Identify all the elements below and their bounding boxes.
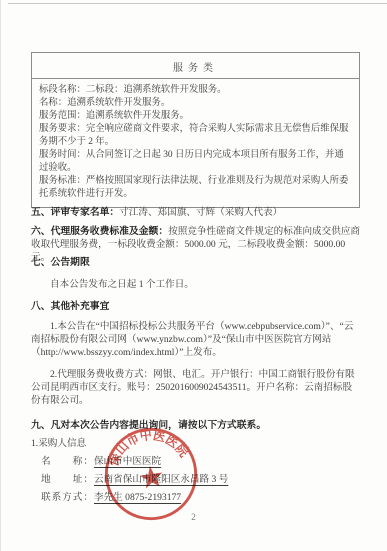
section-contact-heading: 九、凡对本次公告内容提出询问，请按以下方式联系。: [31, 419, 361, 432]
purchaser-info-subheading: 1.采购人信息: [31, 437, 361, 450]
scanned-announcement-page: 服务类 标段名称：二标段：追溯系统软件开发服务。 名称：追溯系统软件开发服务。 …: [0, 0, 387, 551]
table-row: 服务要求：完全响应磋商文件要求，符合采购人实际需求且无偿售后维保服务期不少于 2…: [39, 123, 352, 149]
scan-edge-line: [0, 0, 1, 551]
section-other-heading: 八、其他补充事宜: [31, 300, 361, 313]
table-row: 服务时间：从合同签订之日起 30 日历日内完成本项目所有服务工作，并通过验收。: [39, 149, 352, 175]
section-other-para2: 2.代理服务费收费方式：网银、电汇。开户银行：中国工商银行股份有限公司昆明西市区…: [31, 368, 361, 408]
section-agency-fee-label: 六、代理服务收费标准及金额：: [31, 226, 168, 237]
contact-address-label: 地 址：: [41, 474, 94, 485]
section-experts-content: 寸江涛、郑国旗、寸辉（采购人代表）: [119, 207, 282, 218]
table-row: 名称：追溯系统软件开发服务。: [39, 97, 352, 110]
table-header-service-category: 服务类: [32, 53, 359, 79]
section-period-heading: 七、公告期限: [31, 256, 361, 269]
scan-artifact-line: [8, 3, 387, 4]
table-body: 标段名称：二标段：追溯系统软件开发服务。 名称：追溯系统软件开发服务。 服务范围…: [32, 79, 359, 207]
section-experts-label: 五、评审专家名单：: [31, 207, 119, 218]
section-experts: 五、评审专家名单：寸江涛、郑国旗、寸辉（采购人代表）: [31, 206, 361, 219]
section-other-para1: 1.本公告在“中国招标投标公共服务平台（www.cebpubservice.co…: [31, 320, 361, 360]
official-seal-stamp: 保山市中医医院: [97, 420, 205, 528]
table-row: 服务范围：追溯系统软件开发服务。: [39, 110, 352, 123]
seal-star-icon: [139, 464, 165, 489]
contact-phone-label: 联系方式：: [41, 492, 94, 503]
section-period-body: 自本公告发布之日起 1 个工作日。: [31, 278, 361, 291]
service-category-table: 服务类 标段名称：二标段：追溯系统软件开发服务。 名称：追溯系统软件开发服务。 …: [31, 52, 360, 208]
table-row: 标段名称：二标段：追溯系统软件开发服务。: [39, 84, 352, 97]
contact-name-label: 名 称：: [41, 456, 94, 467]
table-row: 服务标准：严格按照国家现行法律法规、行业准则及行为规范对采购人所委托系统软件进行…: [39, 175, 352, 201]
